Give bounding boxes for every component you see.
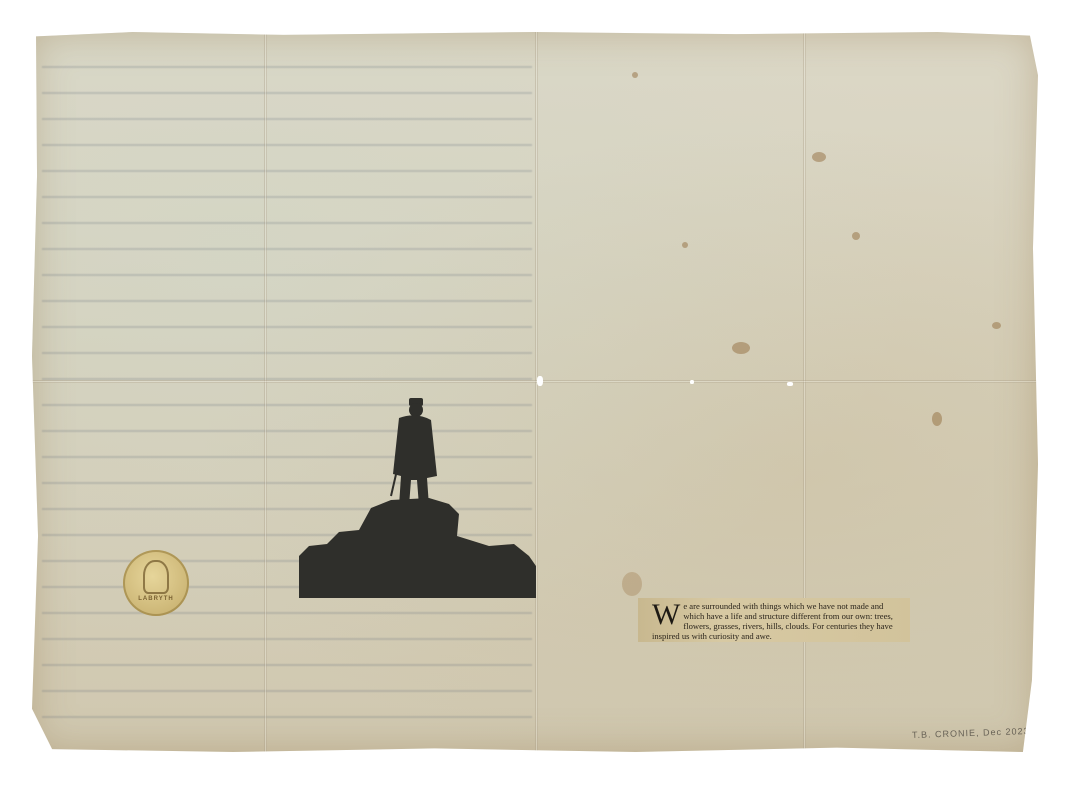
fold-line xyxy=(803,32,806,752)
aged-letter-paper: LABRYTH W e are surrounded with things w… xyxy=(32,32,1038,752)
stain xyxy=(812,152,826,162)
seal-text: LABRYTH xyxy=(138,596,173,602)
stain xyxy=(682,242,688,248)
paper-hole xyxy=(690,380,694,384)
stain xyxy=(632,72,638,78)
paper-hole xyxy=(787,382,793,386)
faded-handwriting xyxy=(42,52,532,732)
stain xyxy=(932,412,942,426)
tree-icon xyxy=(143,560,169,594)
stain xyxy=(732,342,750,354)
stain xyxy=(992,322,1001,329)
wanderer-silhouette xyxy=(299,396,536,598)
fold-line xyxy=(535,32,538,752)
fold-line xyxy=(264,32,267,752)
wax-seal: LABRYTH xyxy=(123,550,189,616)
quote-strip: W e are surrounded with things which we … xyxy=(638,598,910,642)
stain xyxy=(852,232,860,240)
quote-dropcap: W xyxy=(652,602,680,628)
stain xyxy=(622,572,642,596)
artist-signature: T.B. CRONIE, Dec 2023 xyxy=(912,726,1030,740)
quote-text: e are surrounded with things which we ha… xyxy=(652,601,893,641)
fold-line xyxy=(32,380,1038,383)
paper-hole xyxy=(537,376,543,386)
